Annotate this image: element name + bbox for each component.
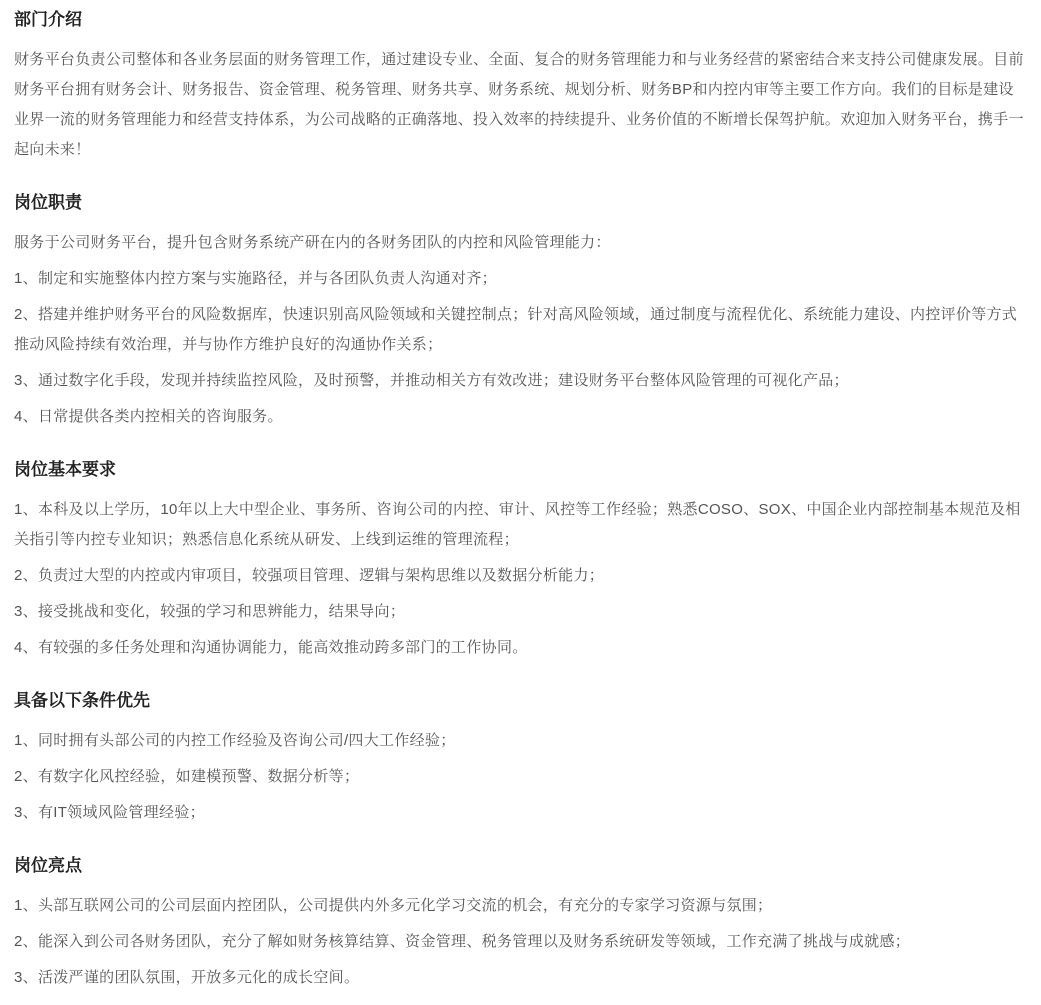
preferred-item-3: 3、有IT领域风险管理经验； [14,798,1027,828]
responsibility-item-1: 1、制定和实施整体内控方案与实施路径，并与各团队负责人沟通对齐； [14,264,1027,294]
job-description-document: 部门介绍 财务平台负责公司整体和各业务层面的财务管理工作，通过建设专业、全面、复… [0,0,1041,1005]
section-heading-job-highlights: 岗位亮点 [14,854,1027,878]
section-heading-preferred-qualifications: 具备以下条件优先 [14,689,1027,713]
department-intro-paragraph: 财务平台负责公司整体和各业务层面的财务管理工作，通过建设专业、全面、复合的财务管… [14,45,1027,165]
section-basic-requirements: 岗位基本要求 1、本科及以上学历，10年以上大中型企业、事务所、咨询公司的内控、… [14,458,1027,663]
requirement-item-4: 4、有较强的多任务处理和沟通协调能力，能高效推动跨多部门的工作协同。 [14,633,1027,663]
requirement-item-1: 1、本科及以上学历，10年以上大中型企业、事务所、咨询公司的内控、审计、风控等工… [14,495,1027,555]
section-heading-basic-requirements: 岗位基本要求 [14,458,1027,482]
requirement-item-2: 2、负责过大型的内控或内审项目，较强项目管理、逻辑与架构思维以及数据分析能力； [14,561,1027,591]
responsibility-item-4: 4、日常提供各类内控相关的咨询服务。 [14,402,1027,432]
highlight-item-3: 3、活泼严谨的团队氛围，开放多元化的成长空间。 [14,963,1027,993]
section-preferred-qualifications: 具备以下条件优先 1、同时拥有头部公司的内控工作经验及咨询公司/四大工作经验； … [14,689,1027,828]
highlight-item-1: 1、头部互联网公司的公司层面内控团队，公司提供内外多元化学习交流的机会，有充分的… [14,891,1027,921]
responsibility-item-2: 2、搭建并维护财务平台的风险数据库，快速识别高风险领域和关键控制点；针对高风险领… [14,300,1027,360]
requirement-item-3: 3、接受挑战和变化，较强的学习和思辨能力，结果导向； [14,597,1027,627]
responsibilities-intro: 服务于公司财务平台，提升包含财务系统产研在内的各财务团队的内控和风险管理能力： [14,228,1027,258]
preferred-item-1: 1、同时拥有头部公司的内控工作经验及咨询公司/四大工作经验； [14,726,1027,756]
preferred-item-2: 2、有数字化风控经验，如建模预警、数据分析等； [14,762,1027,792]
section-job-responsibilities: 岗位职责 服务于公司财务平台，提升包含财务系统产研在内的各财务团队的内控和风险管… [14,191,1027,432]
section-department-intro: 部门介绍 财务平台负责公司整体和各业务层面的财务管理工作，通过建设专业、全面、复… [14,8,1027,165]
section-heading-department-intro: 部门介绍 [14,8,1027,32]
section-heading-job-responsibilities: 岗位职责 [14,191,1027,215]
responsibility-item-3: 3、通过数字化手段，发现并持续监控风险，及时预警，并推动相关方有效改进；建设财务… [14,366,1027,396]
section-job-highlights: 岗位亮点 1、头部互联网公司的公司层面内控团队，公司提供内外多元化学习交流的机会… [14,854,1027,993]
highlight-item-2: 2、能深入到公司各财务团队，充分了解如财务核算结算、资金管理、税务管理以及财务系… [14,927,1027,957]
